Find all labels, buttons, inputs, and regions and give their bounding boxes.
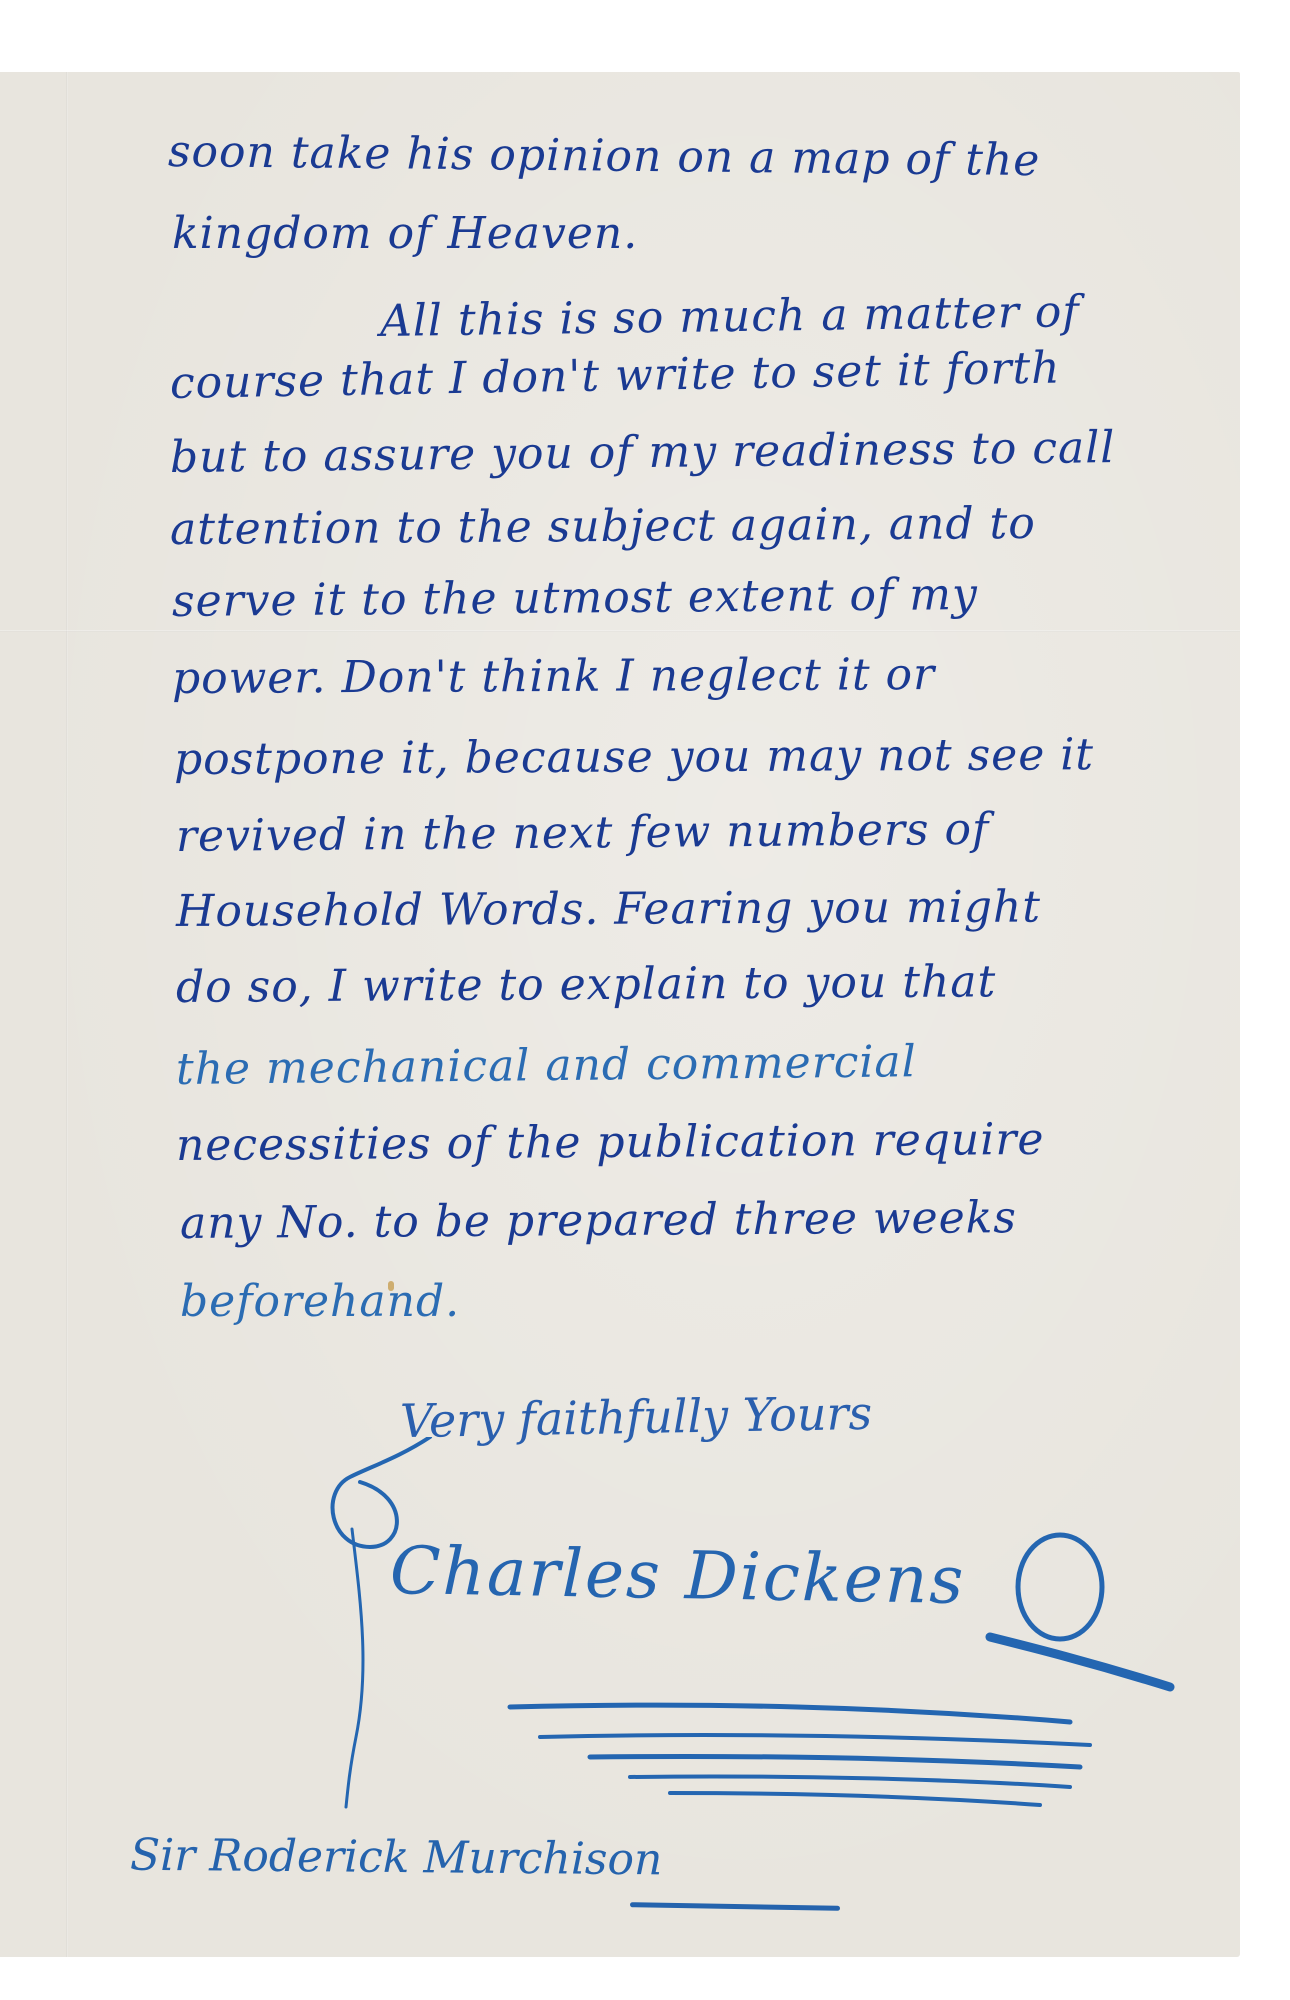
letter-line-15: any No. to be prepared three weeks [180, 1196, 1017, 1246]
letter-line-12: do so, I write to explain to you that [176, 960, 996, 1010]
letter-line-9: postpone it, because you may not see it [174, 733, 1094, 782]
addressee-underline [630, 1902, 840, 1911]
letter-line-8: power. Don't think I neglect it or [172, 653, 935, 701]
letter-line-7: serve it to the utmost extent of my [172, 573, 978, 624]
signature-flourish-icon [290, 1437, 1190, 1817]
letter-line-10: revived in the next few numbers of [176, 808, 990, 859]
letter-line-3: All this is so much a matter of [380, 290, 1080, 344]
addressee-name: Sir Roderick Murchison [130, 1830, 663, 1886]
letter-line-6: attention to the subject again, and to [170, 502, 1036, 552]
letter-line-16: beforehand. [180, 1280, 460, 1324]
letter-page: soon take his opinion on a map of the ki… [0, 72, 1240, 1957]
letter-body: soon take his opinion on a map of the ki… [0, 72, 1240, 1957]
letter-line-5: but to assure you of my readiness to cal… [170, 426, 1116, 480]
letter-line-13: the mechanical and commercial [176, 1040, 917, 1092]
letter-line-2: kingdom of Heaven. [172, 212, 638, 256]
letter-line-4: course that I don't write to set it fort… [170, 346, 1061, 406]
signature: Charles Dickens [389, 1532, 966, 1619]
letter-line-1: soon take his opinion on a map of the [168, 130, 1041, 183]
letter-line-11: Household Words. Fearing you might [176, 885, 1041, 934]
letter-line-14: necessities of the publication require [176, 1118, 1045, 1168]
